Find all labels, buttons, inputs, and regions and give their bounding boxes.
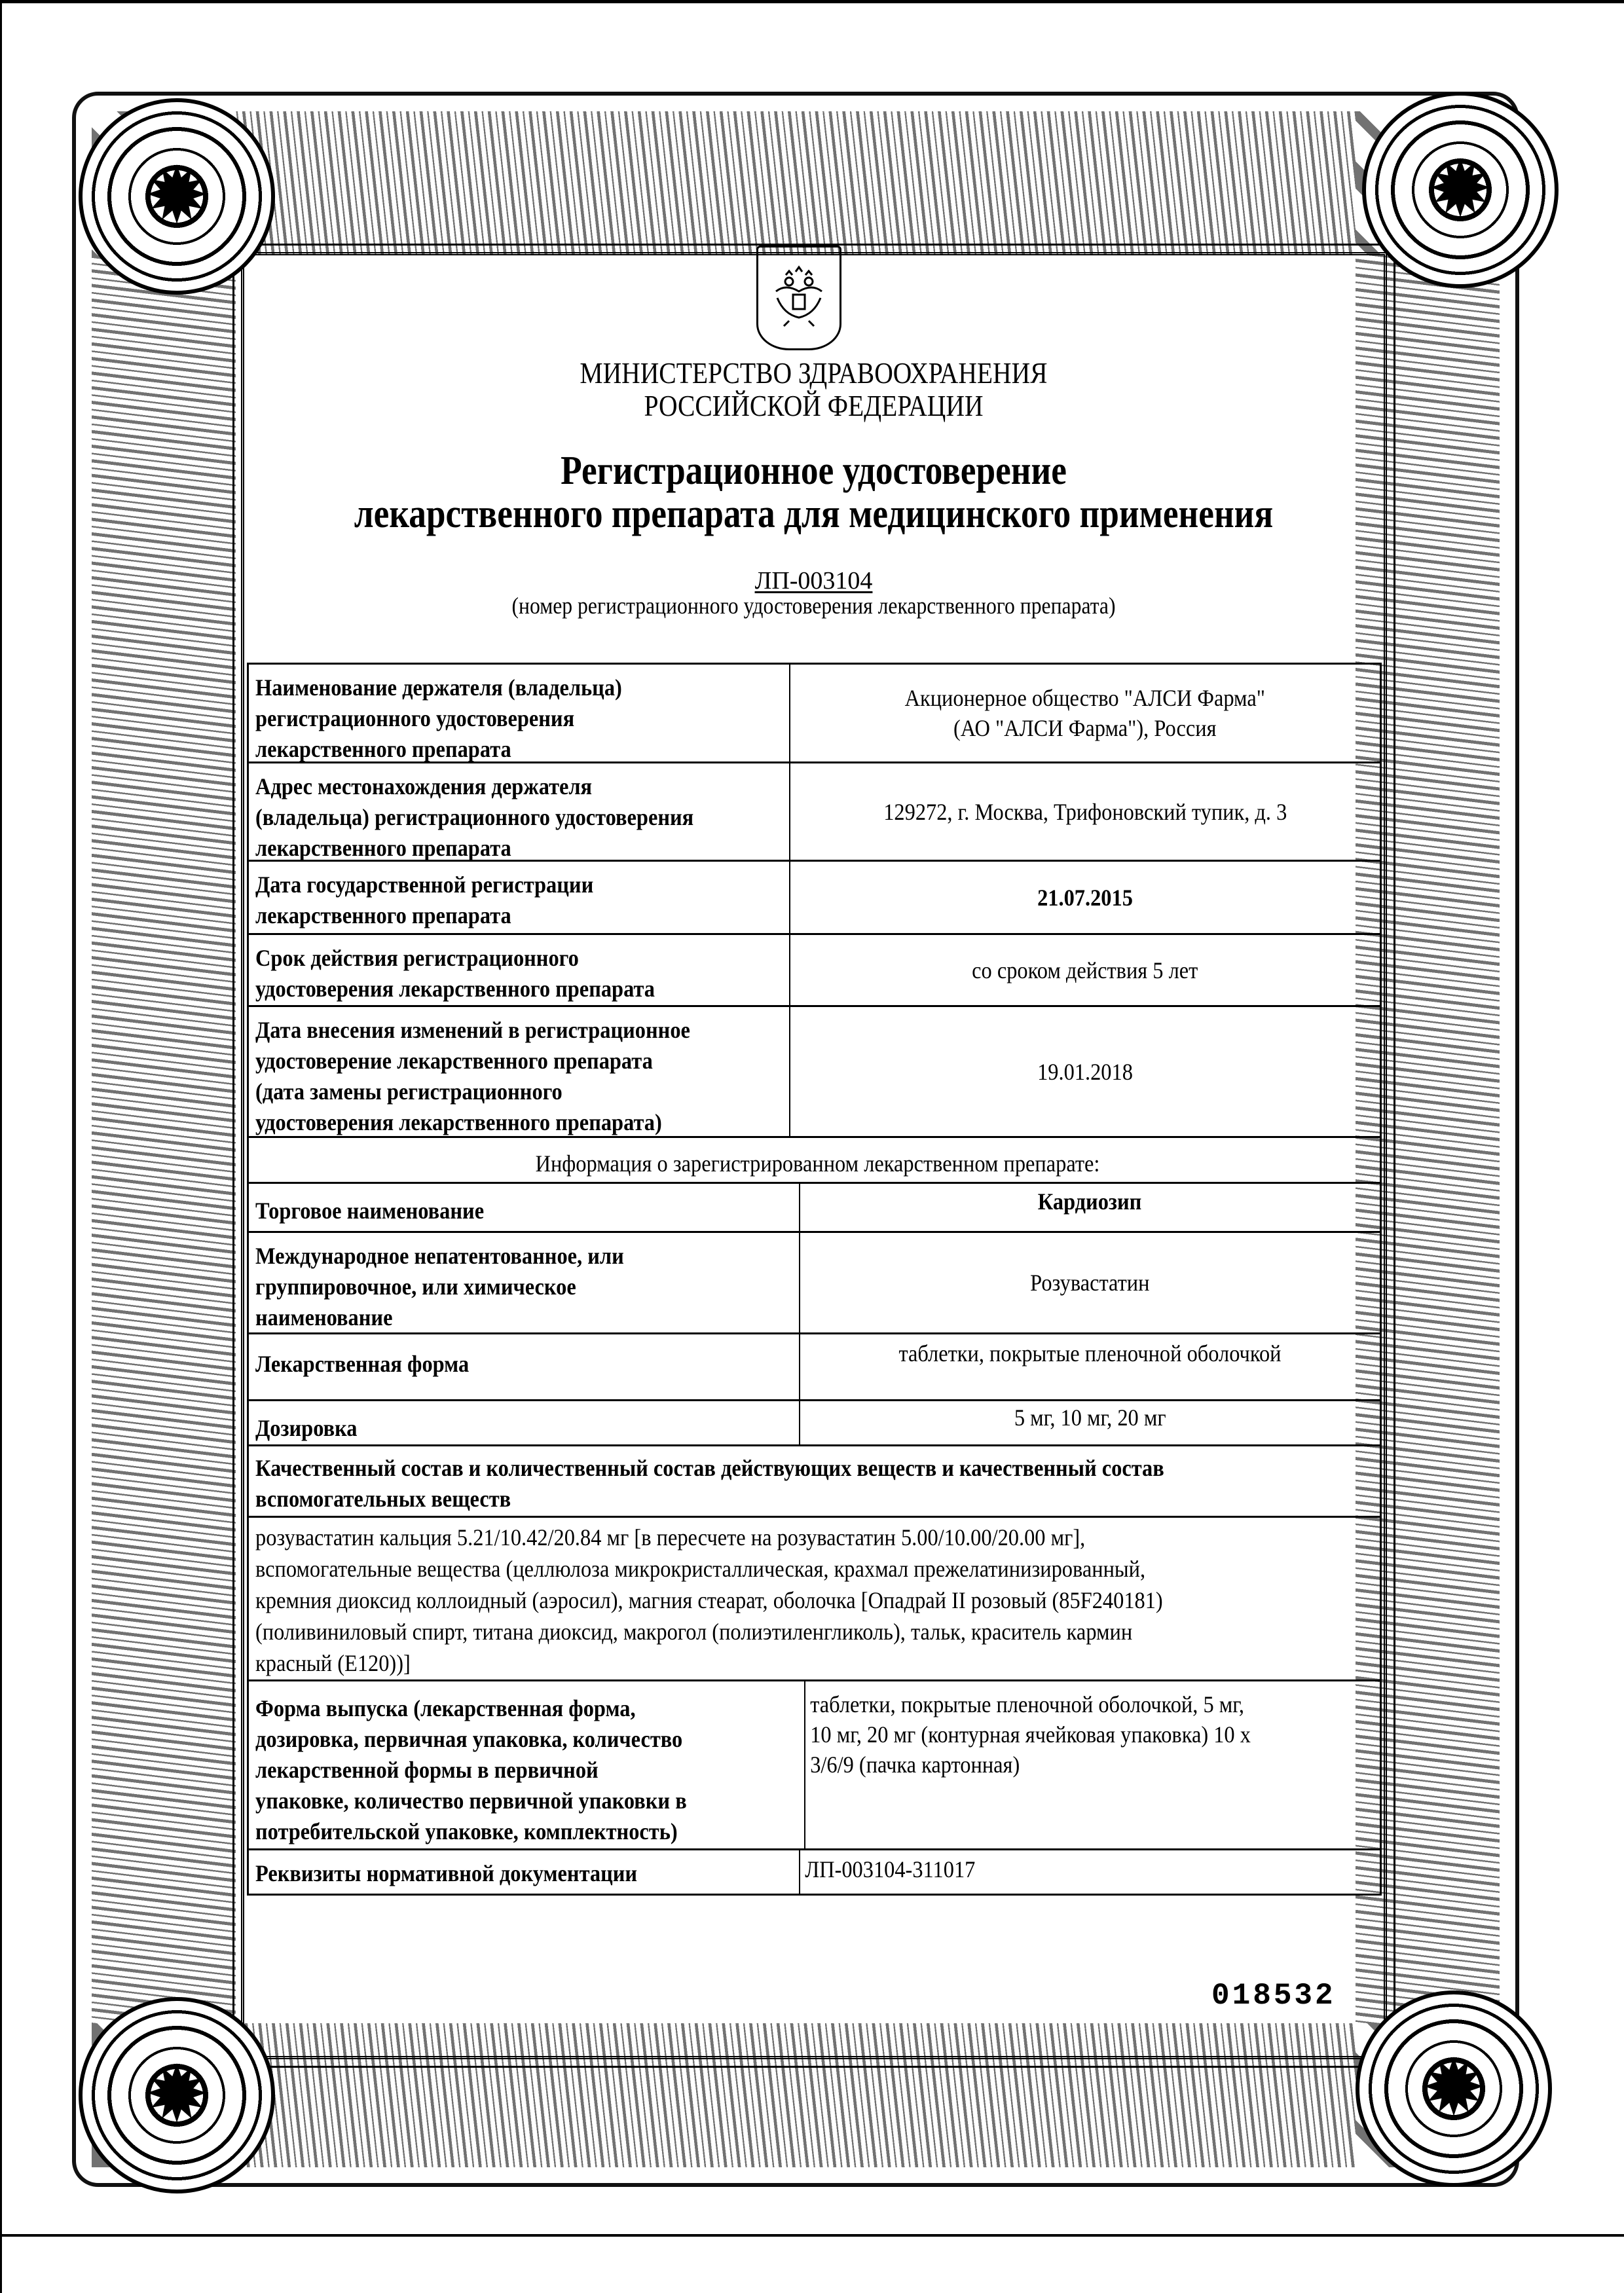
corner-rosette-icon: ✹ <box>79 98 275 295</box>
table-row-info-header: Информация о зарегистрированном лекарств… <box>247 1136 1382 1182</box>
row-label-cell: Дозировка <box>247 1401 799 1444</box>
row-label-cell: Форма выпуска (лекарственная форма, дози… <box>247 1681 804 1848</box>
row-value-cell: Розувастатин <box>799 1233 1382 1332</box>
corner-rosette-icon: ✹ <box>1362 92 1559 288</box>
row-value-cell: 5 мг, 10 мг, 20 мг <box>799 1401 1382 1444</box>
info-header-cell: Информация о зарегистрированном лекарств… <box>247 1138 1382 1182</box>
row-value-cell: ЛП-003104-311017 <box>799 1850 1382 1894</box>
row-label-cell: Дата внесения изменений в регистрационно… <box>247 1007 789 1136</box>
table-row-dosage: Дозировка 5 мг, 10 мг, 20 мг <box>247 1399 1382 1444</box>
row-value-cell: со сроком действия 5 лет <box>789 935 1382 1005</box>
row-label-cell: Международное непатентованное, или групп… <box>247 1233 799 1332</box>
row-label-cell: Наименование держателя (владельца) регис… <box>247 665 789 761</box>
row-label-cell: Срок действия регистрационного удостовер… <box>247 935 789 1005</box>
table-row-validity: Срок действия регистрационного удостовер… <box>247 933 1382 1005</box>
table-row-registration-date: Дата государственной регистрации лекарст… <box>247 860 1382 933</box>
row-value-cell: Акционерное общество "АЛСИ Фарма" (АО "А… <box>789 665 1382 761</box>
coat-of-arms-icon <box>756 246 841 350</box>
composition-header-cell: Качественный состав и количественный сос… <box>247 1446 1382 1516</box>
table-row-trade-name: Торговое наименование Кардиозип <box>247 1182 1382 1231</box>
table-row-release-form: Форма выпуска (лекарственная форма, дози… <box>247 1679 1382 1848</box>
ministry-name-line1: МИНИСТЕРСТВО ЗДРАВООХРАНЕНИЯ <box>322 357 1305 390</box>
table-row-composition-body: розувастатин кальция 5.21/10.42/20.84 мг… <box>247 1516 1382 1679</box>
row-value-cell: таблетки, покрытые пленочной оболочкой <box>799 1334 1382 1399</box>
corner-rosette-icon: ✹ <box>1356 1990 1552 2187</box>
row-label-cell: Адрес местонахождения держателя (владель… <box>247 763 789 860</box>
document-title-line2: лекарственного препарата для медицинског… <box>322 491 1305 537</box>
row-value-cell: 19.01.2018 <box>789 1007 1382 1136</box>
table-row-inn: Международное непатентованное, или групп… <box>247 1231 1382 1332</box>
row-label-cell: Торговое наименование <box>247 1184 799 1231</box>
row-value-cell: 21.07.2015 <box>789 862 1382 933</box>
corner-rosette-icon: ✹ <box>79 1997 275 2193</box>
table-row-address: Адрес местонахождения держателя (владель… <box>247 761 1382 860</box>
registration-number-caption: (номер регистрационного удостоверения ле… <box>311 593 1317 619</box>
double-headed-eagle-icon <box>769 265 828 331</box>
row-value-cell: Кардиозип <box>799 1184 1382 1231</box>
document-title-line1: Регистрационное удостоверение <box>322 448 1305 494</box>
table-row-normative-docs: Реквизиты нормативной документации ЛП-00… <box>247 1848 1382 1896</box>
table-row-composition-header: Качественный состав и количественный сос… <box>247 1444 1382 1516</box>
table-row-holder: Наименование держателя (владельца) регис… <box>247 663 1382 761</box>
scan-edge-left <box>0 0 2 2293</box>
form-serial-number: 018532 <box>1211 1979 1336 2013</box>
ministry-name-line2: РОССИЙСКОЙ ФЕДЕРАЦИИ <box>322 390 1305 422</box>
row-label-cell: Реквизиты нормативной документации <box>247 1850 799 1894</box>
scan-edge-bottom <box>0 2234 1624 2237</box>
composition-body-cell: розувастатин кальция 5.21/10.42/20.84 мг… <box>247 1518 1382 1679</box>
scan-edge-top <box>0 0 1624 3</box>
row-value-cell: таблетки, покрытые пленочной оболочкой, … <box>804 1681 1382 1848</box>
table-row-changes-date: Дата внесения изменений в регистрационно… <box>247 1005 1382 1136</box>
row-label-cell: Дата государственной регистрации лекарст… <box>247 862 789 933</box>
row-label-cell: Лекарственная форма <box>247 1334 799 1399</box>
table-row-dosage-form: Лекарственная форма таблетки, покрытые п… <box>247 1332 1382 1399</box>
registration-number: ЛП-003104 <box>242 567 1385 595</box>
row-value-cell: 129272, г. Москва, Трифоновский тупик, д… <box>789 763 1382 860</box>
